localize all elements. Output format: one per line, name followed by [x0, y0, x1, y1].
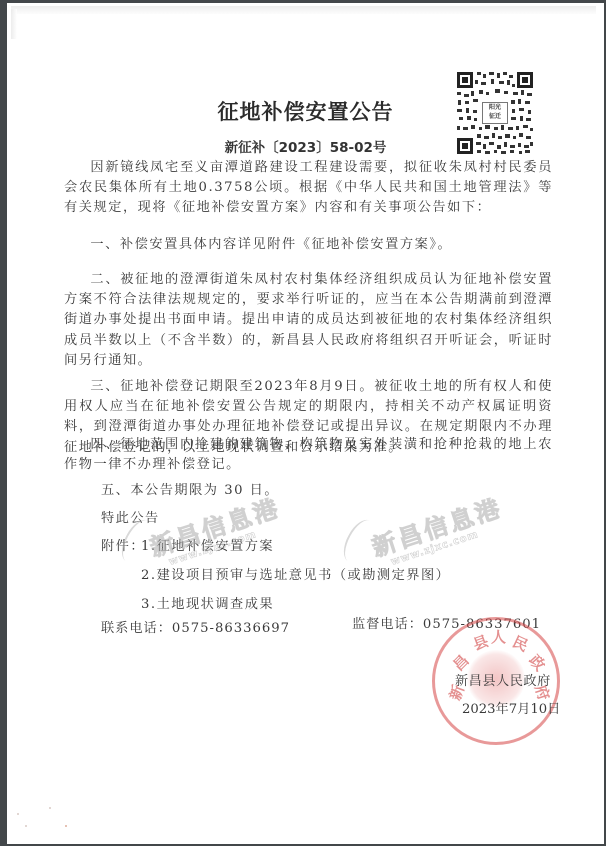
scan-speck-artifact: [15, 803, 75, 833]
attachment-3: 3.土地现状调查成果: [141, 593, 274, 612]
seal-char: 民: [509, 631, 531, 656]
watermark-url: www.zjxc.com: [390, 529, 480, 568]
contact-phone: 联系电话：0575-86336697: [101, 617, 290, 636]
attachments-label: 附件：: [101, 535, 145, 554]
closing-text: 特此公告: [101, 507, 160, 526]
document-number: 新征补〔2023〕58-02号: [7, 136, 604, 156]
item-4-text: 四、征地范围内抢建的建筑物、构筑物及室外装潢和抢种抢栽的地上农作物一律不办理补偿…: [64, 435, 553, 475]
watermark-logo-icon: [338, 515, 381, 567]
seal-char: 县: [470, 630, 491, 655]
scan-edge-artifact: [11, 6, 596, 14]
attachment-1: 1.征地补偿安置方案: [141, 535, 274, 554]
item-1-text: 一、补偿安置具体内容详见附件《征地补偿安置方案》。: [64, 235, 553, 255]
supervision-phone: 监督电话：0575-86337601: [352, 613, 541, 632]
sign-date: 2023年7月10日: [462, 698, 560, 717]
item-5: 五、本公告期限为 30 日。: [101, 479, 279, 498]
item-2-text: 二、被征地的澄潭街道朱凤村农村集体经济组织成员认为征地补偿安置方案不符合法律法规…: [64, 270, 553, 371]
intro-paragraph: 因新镜线凤宅至义亩潭道路建设工程建设需要，拟征收朱凤村村民委员会农民集体所有土地…: [64, 158, 553, 219]
document-title: 征地补偿安置公告: [7, 96, 604, 126]
intro-text: 因新镜线凤宅至义亩潭道路建设工程建设需要，拟征收朱凤村村民委员会农民集体所有土地…: [64, 158, 553, 219]
item-2: 二、被征地的澄潭街道朱凤村农村集体经济组织成员认为征地补偿安置方案不符合法律法规…: [64, 270, 553, 371]
signer: 新昌县人民政府: [455, 670, 551, 689]
watermark-text: 新昌信息港: [367, 488, 506, 563]
attachment-2: 2.建设项目预审与选址意见书（或勘测定界图）: [141, 564, 450, 583]
item-1: 一、补偿安置具体内容详见附件《征地补偿安置方案》。: [64, 235, 553, 255]
item-4: 四、征地范围内抢建的建筑物、构筑物及室外装潢和抢种抢栽的地上农作物一律不办理补偿…: [64, 435, 553, 475]
scan-edge-artifact: [11, 9, 17, 39]
document-page: 阳光 征迁 征地补偿安置公告 新征补〔2023〕58-02号 因新镜线凤宅至义亩…: [7, 3, 604, 844]
